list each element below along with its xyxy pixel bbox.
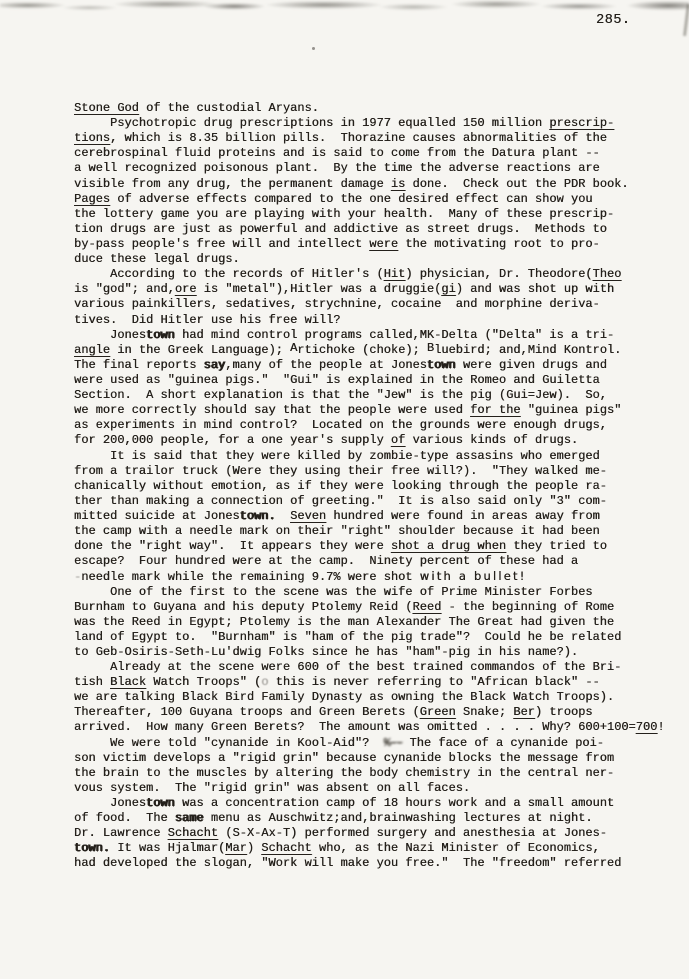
underlined-text: is — [391, 177, 405, 191]
plain-text: It was Hjalmar( — [110, 841, 225, 855]
overtyped-text: town — [146, 328, 175, 342]
plain-text: escape? Four hundred were at the camp. N… — [74, 554, 578, 568]
text-line: the brain to the muscles by altering the… — [74, 766, 665, 781]
underlined-text: Black — [110, 675, 146, 689]
text-line: According to the records of Hitler's (Hi… — [74, 267, 665, 282]
plain-text: duce these legal drugs. — [74, 252, 240, 266]
plain-text: menu as Auschwitz;and,brainwashing lectu… — [204, 811, 593, 825]
text-line: escape? Four hundred were at the camp. N… — [74, 554, 665, 569]
plain-text: by-pass people's free will and intellect — [74, 237, 369, 251]
underlined-text: Reed — [412, 600, 441, 614]
plain-text: cerebrospinal fluid proteins and is said… — [74, 146, 600, 160]
raised-letter: A — [290, 341, 297, 356]
text-line: Thereafter, 100 Guyana troops and Green … — [74, 705, 665, 720]
plain-text — [276, 509, 290, 523]
text-line: son victim develops a "rigid grin" becau… — [74, 751, 665, 766]
plain-text: son victim develops a "rigid grin" becau… — [74, 751, 614, 765]
inserted-text: with a bullet! — [420, 569, 527, 583]
plain-text: Jones — [74, 796, 146, 810]
plain-text: - the beginning of Rome — [441, 600, 614, 614]
underlined-text: Green — [420, 705, 456, 719]
overtyped-text: town — [427, 358, 456, 372]
underlined-text: were — [369, 237, 398, 251]
overtyped-text: town — [146, 796, 175, 810]
underlined-text: prescrip- — [549, 116, 614, 130]
plain-text: done. Check out the PDR book. — [405, 177, 628, 191]
plain-text: mitted suicide at Jones — [74, 509, 240, 523]
underlined-text: for the — [470, 403, 520, 417]
plain-text: were used as "guinea pigs." "Gui" is exp… — [74, 373, 600, 387]
text-line: done the "right way". It appears they we… — [74, 539, 665, 554]
text-line: to Geb-Osiris-Seth-Lu'dwig Folks since h… — [74, 645, 665, 660]
plain-text: tion drugs are just as powerful and addi… — [74, 222, 607, 236]
raised-letter: B — [427, 341, 434, 356]
plain-text: the camp with a needle mark on their "ri… — [74, 524, 600, 538]
text-line: The final reports say,many of the people… — [74, 358, 665, 373]
plain-text: needle mark while the remaining 9.7% wer… — [81, 570, 419, 584]
plain-text: we more correctly should say that the pe… — [74, 403, 470, 417]
plain-text: hundred were found in areas away from — [326, 509, 600, 523]
text-line: for 200,000 people, for a one year's sup… — [74, 433, 665, 448]
plain-text: rtichoke (choke); — [297, 343, 427, 357]
text-line: It is said that they were killed by zomb… — [74, 449, 665, 464]
plain-text: arrived. How many Green Berets? The amou… — [74, 720, 636, 734]
underlined-text: Pages — [74, 192, 110, 206]
text-line: Already at the scene were 600 of the bes… — [74, 660, 665, 675]
plain-text: this is never referring to "African blac… — [268, 675, 599, 689]
plain-text: we are talking Black Bird Family Dynasty… — [74, 690, 614, 704]
plain-text: Snake; — [456, 705, 514, 719]
text-line: is "god"; and,ore is "metal"),Hitler was… — [74, 282, 665, 297]
text-line: by-pass people's free will and intellect… — [74, 237, 665, 252]
plain-text: were given drugs and — [456, 358, 607, 372]
plain-text: One of the first to the scene was the wi… — [74, 585, 592, 599]
text-line: ther than making a connection of greetin… — [74, 494, 665, 509]
text-line: town. It was Hjalmar(Mar) Schacht who, a… — [74, 841, 665, 856]
text-line: we more correctly should say that the pe… — [74, 403, 665, 418]
plain-text: "guinea pigs" — [521, 403, 622, 417]
document-text: Stone God of the custodial Aryans. Psych… — [74, 101, 665, 872]
underlined-text: ore — [175, 282, 197, 296]
plain-text: ) physician, Dr. Theodore( — [405, 267, 592, 281]
plain-text: the motivating root to pro- — [398, 237, 600, 251]
text-line: vous system. The "rigid grin" was absent… — [74, 781, 665, 796]
plain-text: The final reports — [74, 358, 204, 372]
scribble-mark: %-- — [384, 736, 403, 750]
plain-text: various kinds of drugs. — [405, 433, 578, 447]
plain-text: (S-X-Ax-T) performed surgery and anesthe… — [218, 826, 607, 840]
plain-text: had developed the slogan, "Work will mak… — [74, 856, 621, 870]
text-line: angle in the Greek Language); Artichoke … — [74, 343, 665, 358]
underlined-text: angle — [74, 343, 110, 357]
text-line: from a trailor truck (Were they using th… — [74, 464, 665, 479]
plain-text: as experiments in mind control? Located … — [74, 418, 607, 432]
plain-text: Watch Troops" ( — [146, 675, 261, 689]
plain-text: to Geb-Osiris-Seth-Lu'dwig Folks since h… — [74, 645, 578, 659]
plain-text: ,many of the people at Jones — [225, 358, 427, 372]
text-line: arrived. How many Green Berets? The amou… — [74, 720, 665, 735]
scan-noise-band — [0, 0, 689, 14]
plain-text: land of Egypt to. "Burnham" is "ham of t… — [74, 630, 621, 644]
stray-mark: - — [74, 570, 81, 584]
text-line: tion drugs are just as powerful and addi… — [74, 222, 665, 237]
plain-text: a well recognized poisonous plant. By th… — [74, 161, 600, 175]
underlined-text: gi — [441, 282, 455, 296]
text-line: Psychotropic drug prescriptions in 1977 … — [74, 116, 665, 131]
plain-text: from a trailor truck (Were they using th… — [74, 464, 607, 478]
plain-text: It is said that they were killed by zomb… — [74, 449, 600, 463]
plain-text: Burnham to Guyana and his deputy Ptolemy… — [74, 600, 412, 614]
plain-text: ! — [657, 720, 664, 734]
plain-text: vous system. The "rigid grin" was absent… — [74, 781, 470, 795]
text-line: We were told "cynanide in Kool-Aid"? %--… — [74, 736, 665, 751]
plain-text: various painkillers, sedatives, strychni… — [74, 297, 600, 311]
overtyped-text: same — [175, 811, 204, 825]
overtyped-text: say — [204, 358, 226, 372]
underlined-text: Schacht — [261, 841, 311, 855]
plain-text: ther than making a connection of greetin… — [74, 494, 607, 508]
plain-text: tives. Did Hitler use his free will? — [74, 313, 340, 327]
underlined-text: Mar — [225, 841, 247, 855]
plain-text: ) troops — [535, 705, 593, 719]
plain-text: of adverse effects compared to the one d… — [110, 192, 592, 206]
text-line: were used as "guinea pigs." "Gui" is exp… — [74, 373, 665, 388]
underlined-text: tions — [74, 131, 110, 145]
text-line: visible from any drug, the permanent dam… — [74, 177, 665, 192]
plain-text: ) and was shot up with — [456, 282, 614, 296]
text-line: Jonestown had mind control programs call… — [74, 328, 665, 343]
text-line: Burnham to Guyana and his deputy Ptolemy… — [74, 600, 665, 615]
plain-text: Section. A short explanation is that the… — [74, 388, 607, 402]
text-line: as experiments in mind control? Located … — [74, 418, 665, 433]
text-line: Jonestown was a concentration camp of 18… — [74, 796, 665, 811]
text-line: was the Reed in Egypt; Ptolemy is the ma… — [74, 615, 665, 630]
text-line: Section. A short explanation is that the… — [74, 388, 665, 403]
text-line: Dr. Lawrence Schacht (S-X-Ax-T) performe… — [74, 826, 665, 841]
plain-text: had mind control programs called,MK-Delt… — [175, 328, 614, 342]
plain-text: Thereafter, 100 Guyana troops and Green … — [74, 705, 420, 719]
text-line: One of the first to the scene was the wi… — [74, 585, 665, 600]
plain-text: is "metal"),Hitler was a druggie( — [196, 282, 441, 296]
text-line: had developed the slogan, "Work will mak… — [74, 856, 665, 871]
text-line: tives. Did Hitler use his free will? — [74, 313, 665, 328]
text-line: a well recognized poisonous plant. By th… — [74, 161, 665, 176]
text-line: Pages of adverse effects compared to the… — [74, 192, 665, 207]
plain-text: visible from any drug, the permanent dam… — [74, 177, 391, 191]
text-line: we are talking Black Bird Family Dynasty… — [74, 690, 665, 705]
text-line: various painkillers, sedatives, strychni… — [74, 297, 665, 312]
text-line: tions, which is 8.35 billion pills. Thor… — [74, 131, 665, 146]
text-line: cerebrospinal fluid proteins and is said… — [74, 146, 665, 161]
text-line: duce these legal drugs. — [74, 252, 665, 267]
plain-text: , which is 8.35 billion pills. Thorazine… — [110, 131, 607, 145]
underlined-text: of — [391, 433, 405, 447]
plain-text: Already at the scene were 600 of the bes… — [74, 660, 621, 674]
plain-text: Jones — [74, 328, 146, 342]
plain-text: who, as the Nazi Minister of Economics, — [312, 841, 600, 855]
text-line: of food. The same menu as Auschwitz;and,… — [74, 811, 665, 826]
overtyped-text: town. — [240, 509, 276, 523]
plain-text: the lottery game you are playing with yo… — [74, 207, 614, 221]
underlined-text: Hit — [384, 267, 406, 281]
overtyped-text: town. — [74, 841, 110, 855]
text-line: the camp with a needle mark on their "ri… — [74, 524, 665, 539]
underlined-text: Ber — [513, 705, 535, 719]
plain-text: they tried to — [506, 539, 607, 553]
text-line: chanically without emotion, as if they w… — [74, 479, 665, 494]
plain-text: The face of a cynanide poi- — [402, 736, 604, 750]
plain-text: luebird; and,Mind Kontrol. — [434, 343, 621, 357]
plain-text: of the custodial Aryans. — [139, 101, 319, 115]
plain-text: tish — [74, 675, 110, 689]
plain-text: chanically without emotion, as if they w… — [74, 479, 607, 493]
plain-text: Psychotropic drug prescriptions in 1977 … — [74, 116, 549, 130]
text-line: the lottery game you are playing with yo… — [74, 207, 665, 222]
underlined-text: Seven — [290, 509, 326, 523]
plain-text: was the Reed in Egypt; Ptolemy is the ma… — [74, 615, 614, 629]
scanned-page: 285. Stone God of the custodial Aryans. … — [0, 0, 689, 979]
plain-text: We were told "cynanide in Kool-Aid"? — [74, 736, 384, 750]
ink-dot-artifact — [312, 47, 315, 50]
page-number: 285. — [596, 13, 630, 28]
text-line: land of Egypt to. "Burnham" is "ham of t… — [74, 630, 665, 645]
underlined-text: Schacht — [168, 826, 218, 840]
plain-text: done the "right way". It appears they we… — [74, 539, 391, 553]
stray-mark: o — [261, 675, 268, 689]
underlined-text: Theo — [593, 267, 622, 281]
plain-text: is "god"; and, — [74, 282, 175, 296]
plain-text: in the Greek Language); — [110, 343, 290, 357]
underlined-text: 700 — [636, 720, 658, 734]
text-line: Stone God of the custodial Aryans. — [74, 101, 665, 116]
underlined-text: Stone God — [74, 101, 139, 115]
plain-text: According to the records of Hitler's ( — [74, 267, 384, 281]
plain-text: ) — [247, 841, 261, 855]
underlined-text: shot a drug when — [391, 539, 506, 553]
plain-text: was a concentration camp of 18 hours wor… — [175, 796, 614, 810]
text-line: tish Black Watch Troops" (o this is neve… — [74, 675, 665, 690]
plain-text: the brain to the muscles by altering the… — [74, 766, 614, 780]
plain-text: for 200,000 people, for a one year's sup… — [74, 433, 391, 447]
text-line: -needle mark while the remaining 9.7% we… — [74, 569, 665, 584]
text-line: mitted suicide at Jonestown. Seven hundr… — [74, 509, 665, 524]
plain-text: of food. The — [74, 811, 175, 825]
plain-text: Dr. Lawrence — [74, 826, 168, 840]
